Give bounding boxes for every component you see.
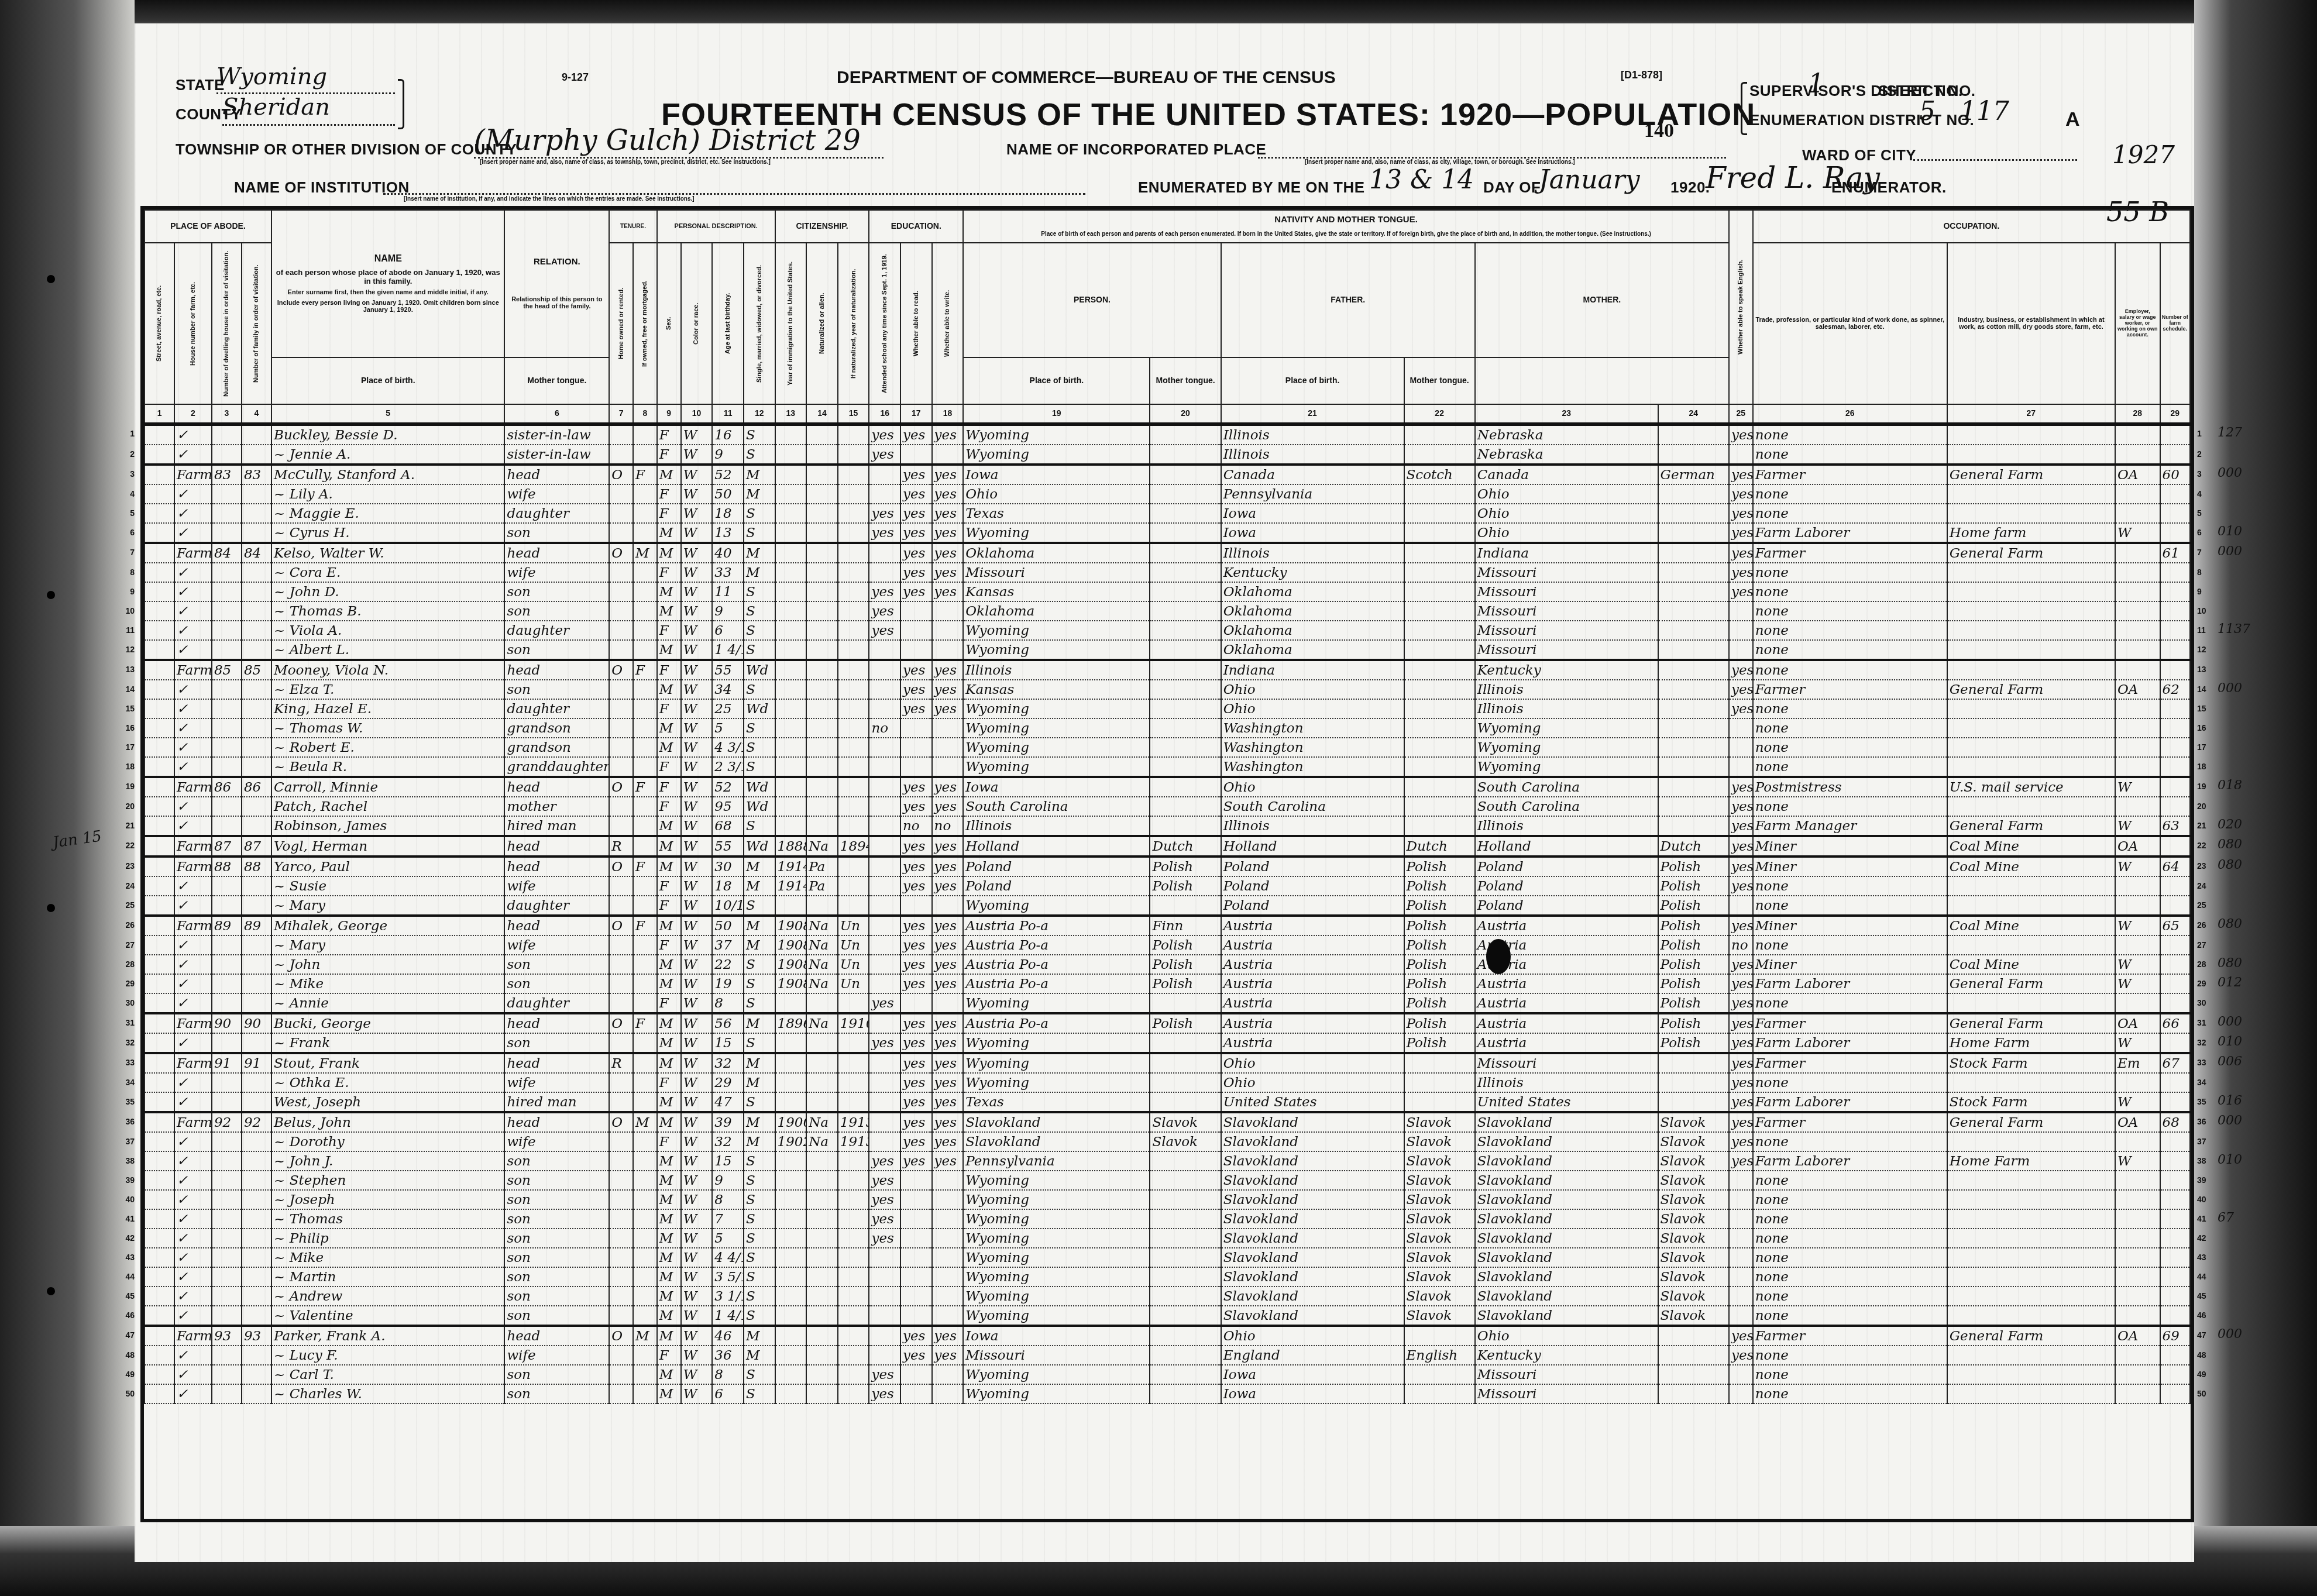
cell-street [145, 1092, 174, 1112]
cell-nat [806, 699, 838, 718]
cell-ms: S [744, 757, 775, 777]
cell-rel: son [504, 680, 609, 699]
cell-ind [1947, 601, 2115, 621]
cell-nat [806, 1171, 838, 1190]
mother-heading: MOTHER. [1475, 243, 1729, 357]
line-number: 3 [111, 469, 135, 479]
cell-pob: Wyoming [963, 1287, 1150, 1306]
cell-pob: Austria Po-a [963, 955, 1150, 974]
cell-fm: F [633, 777, 657, 797]
cell-fm: M [633, 1326, 657, 1346]
cell-natyr: Un [838, 916, 869, 935]
margin-code: 000 [2218, 1327, 2242, 1342]
cell-pob: Wyoming [963, 1073, 1150, 1092]
cell-fpob: Slavokland [1221, 1151, 1404, 1171]
cell-farm [2160, 1151, 2190, 1171]
cell-pob: Wyoming [963, 621, 1150, 640]
cell-house: Farm [174, 777, 212, 797]
col-number: 5 [271, 404, 504, 424]
cell-ind: Stock Farm [1947, 1092, 2115, 1112]
cell-pob: Austria Po-a [963, 916, 1150, 935]
cell-ind: Home farm [1947, 523, 2115, 543]
cell-fm [633, 484, 657, 504]
line-number-right: 5 [2197, 508, 2220, 518]
cell-dw: 87 [212, 836, 242, 857]
cell-name: ~ Susie [271, 876, 504, 896]
cell-mpob: Slavokland [1475, 1306, 1658, 1326]
group-nativity: NATIVITY AND MOTHER TONGUE. Place of bir… [963, 210, 1729, 243]
cell-fm [633, 582, 657, 601]
cell-street [145, 1033, 174, 1053]
cell-eng: yes [1729, 465, 1753, 484]
cell-fmt [1404, 1073, 1475, 1092]
cell-imm [775, 563, 807, 582]
cell-sch: yes [869, 523, 900, 543]
cell-pob: Wyoming [963, 1365, 1150, 1384]
line-number-right: 25 [2197, 900, 2220, 910]
cell-house: Farm [174, 1326, 212, 1346]
cell-trade: none [1753, 504, 1947, 523]
cell-farm [2160, 1287, 2190, 1306]
cell-mt [1150, 1151, 1221, 1171]
cell-mpob: Nebraska [1475, 445, 1658, 465]
cell-name: ~ Lily A. [271, 484, 504, 504]
cell-fm [633, 1248, 657, 1267]
cell-mmt [1658, 621, 1729, 640]
cell-house: ✓ [174, 621, 212, 640]
cell-name: ~ Elza T. [271, 680, 504, 699]
col-14-label: Naturalized or alien. [819, 245, 826, 403]
cell-fam [242, 680, 271, 699]
cell-mmt [1658, 504, 1729, 523]
cell-rel: son [504, 582, 609, 601]
cell-house: ✓ [174, 445, 212, 465]
cell-imm [775, 1326, 807, 1346]
month-value: January [1539, 165, 1640, 195]
cell-write: yes [932, 1151, 964, 1171]
cell-trade: Farmer [1753, 465, 1947, 484]
cell-rel: head [504, 1013, 609, 1033]
cell-read: yes [900, 797, 932, 816]
cell-house: ✓ [174, 816, 212, 836]
cell-imm [775, 757, 807, 777]
cell-street [145, 1326, 174, 1346]
line-number: 48 [111, 1350, 135, 1360]
line-number-right: 21 [2197, 821, 2220, 830]
cell-imm: 1908 [775, 916, 807, 935]
cell-own [609, 424, 633, 445]
cell-eng: yes [1729, 699, 1753, 718]
cell-age: 8 [712, 1190, 744, 1209]
cell-nat: Na [806, 974, 838, 993]
cell-street [145, 1073, 174, 1092]
cell-sch [869, 660, 900, 680]
cell-imm [775, 1092, 807, 1112]
cell-sch [869, 1248, 900, 1267]
cell-house: Farm [174, 1013, 212, 1033]
cell-eng: yes [1729, 504, 1753, 523]
cell-race: W [681, 1306, 713, 1326]
cell-eng [1729, 1306, 1753, 1326]
cell-fm [633, 1229, 657, 1248]
cell-name: ~ Frank [271, 1033, 504, 1053]
cell-rel: wife [504, 1073, 609, 1092]
cell-eng [1729, 640, 1753, 660]
cell-own [609, 738, 633, 757]
col-number: 7 [609, 404, 633, 424]
cell-mmt [1658, 718, 1729, 738]
cell-emp: OA [2115, 1013, 2160, 1033]
cell-age: 39 [712, 1112, 744, 1132]
cell-trade: none [1753, 1073, 1947, 1092]
cell-fmt: Slavok [1404, 1112, 1475, 1132]
cell-fpob: Slavokland [1221, 1209, 1404, 1229]
cell-race: W [681, 582, 713, 601]
line-number: 14 [111, 685, 135, 694]
cell-eng [1729, 1209, 1753, 1229]
cell-trade: Farmer [1753, 680, 1947, 699]
cell-rel: son [504, 601, 609, 621]
cell-name: Mihalek, George [271, 916, 504, 935]
cell-imm [775, 1287, 807, 1306]
cell-fpob: Washington [1221, 718, 1404, 738]
cell-fm [633, 1033, 657, 1053]
cell-sch [869, 1013, 900, 1033]
cell-farm [2160, 699, 2190, 718]
cell-read: yes [900, 523, 932, 543]
cell-imm [775, 1248, 807, 1267]
cell-name: Buckley, Bessie D. [271, 424, 504, 445]
cell-fm [633, 621, 657, 640]
cell-fmt [1404, 797, 1475, 816]
cell-read [900, 757, 932, 777]
cell-sch: yes [869, 993, 900, 1013]
cell-fm [633, 523, 657, 543]
cell-read: yes [900, 699, 932, 718]
cell-fam [242, 1346, 271, 1365]
cell-read: yes [900, 857, 932, 876]
cell-race: W [681, 935, 713, 955]
cell-age: 13 [712, 523, 744, 543]
cell-fm [633, 718, 657, 738]
cell-house: ✓ [174, 484, 212, 504]
cell-fmt [1404, 1384, 1475, 1404]
cell-street [145, 1171, 174, 1190]
cell-fm [633, 896, 657, 916]
cell-fmt: Slavok [1404, 1306, 1475, 1326]
cell-own [609, 1306, 633, 1326]
cell-pob: Poland [963, 857, 1150, 876]
cell-fm [633, 1132, 657, 1151]
col-21-header: Place of birth. [963, 357, 1150, 404]
form-number: 9-127 [562, 71, 589, 84]
cell-mmt: Polish [1658, 896, 1729, 916]
cell-eng [1729, 445, 1753, 465]
cell-dw [212, 1384, 242, 1404]
cell-read [900, 1190, 932, 1209]
line-number: 7 [111, 548, 135, 557]
cell-name: ~ Beula R. [271, 757, 504, 777]
cell-mmt: Slavok [1658, 1248, 1729, 1267]
cell-ms: S [744, 738, 775, 757]
cell-ind [1947, 1171, 2115, 1190]
cell-ms: S [744, 1306, 775, 1326]
cell-race: W [681, 1248, 713, 1267]
cell-ind: General Farm [1947, 816, 2115, 836]
cell-trade: none [1753, 1248, 1947, 1267]
cell-pob: Slavokland [963, 1112, 1150, 1132]
cell-imm [775, 680, 807, 699]
cell-ms: M [744, 1112, 775, 1132]
cell-name: ~ Charles W. [271, 1384, 504, 1404]
cell-house: ✓ [174, 1171, 212, 1190]
group-name: NAME of each person whose place of abode… [271, 210, 504, 357]
cell-own [609, 1346, 633, 1365]
cell-nat [806, 1033, 838, 1053]
cell-pob: Wyoming [963, 1267, 1150, 1287]
cell-farm [2160, 777, 2190, 797]
cell-ms: S [744, 896, 775, 916]
line-number: 11 [111, 625, 135, 635]
cell-fpob: Austria [1221, 935, 1404, 955]
cell-eng [1729, 1365, 1753, 1384]
cell-imm [775, 1267, 807, 1287]
cell-fmt: Slavok [1404, 1132, 1475, 1151]
line-number: 41 [111, 1214, 135, 1223]
line-number: 43 [111, 1253, 135, 1262]
cell-street [145, 680, 174, 699]
cell-mmt [1658, 777, 1729, 797]
cell-fmt [1404, 777, 1475, 797]
cell-ind [1947, 1190, 2115, 1209]
cell-sex: M [657, 1013, 681, 1033]
cell-trade: none [1753, 660, 1947, 680]
cell-nat [806, 621, 838, 640]
cell-mt [1150, 640, 1221, 660]
cell-write [932, 445, 964, 465]
cell-imm [775, 1346, 807, 1365]
cell-fmt: Polish [1404, 876, 1475, 896]
col-13-header: Year of immigration to the United States… [775, 243, 807, 404]
cell-mt: Slavok [1150, 1112, 1221, 1132]
cell-mmt: Slavok [1658, 1132, 1729, 1151]
cell-nat: Na [806, 916, 838, 935]
cell-eng [1729, 1190, 1753, 1209]
cell-rel: head [504, 777, 609, 797]
cell-dw [212, 718, 242, 738]
cell-sch [869, 484, 900, 504]
cell-trade: none [1753, 1287, 1947, 1306]
cell-ind [1947, 424, 2115, 445]
table-row: Farm8888Yarco, PaulheadOFMW30M1914Payesy… [145, 857, 2190, 876]
line-number-right: 41 [2197, 1214, 2220, 1223]
cell-mmt: Slavok [1658, 1306, 1729, 1326]
cell-fpob: Illinois [1221, 424, 1404, 445]
line-number: 26 [111, 920, 135, 930]
cell-race: W [681, 445, 713, 465]
cell-farm [2160, 1384, 2190, 1404]
line-number-right: 18 [2197, 762, 2220, 771]
cell-eng: yes [1729, 1013, 1753, 1033]
cell-farm [2160, 955, 2190, 974]
cell-mt: Polish [1150, 935, 1221, 955]
cell-sex: F [657, 757, 681, 777]
line-number: 27 [111, 940, 135, 950]
cell-farm: 69 [2160, 1326, 2190, 1346]
cell-race: W [681, 1384, 713, 1404]
cell-eng: yes [1729, 1326, 1753, 1346]
cell-own: O [609, 660, 633, 680]
cell-imm [775, 504, 807, 523]
cell-own [609, 1267, 633, 1287]
cell-rel: daughter [504, 993, 609, 1013]
cell-trade: none [1753, 1365, 1947, 1384]
cell-imm [775, 484, 807, 504]
col-2-label: House number or farm, etc. [190, 245, 197, 403]
cell-race: W [681, 660, 713, 680]
line-number: 37 [111, 1137, 135, 1146]
line-number-right: 26 [2197, 920, 2220, 930]
cell-fm [633, 876, 657, 896]
cell-age: 6 [712, 621, 744, 640]
cell-read: yes [900, 680, 932, 699]
cell-ms: M [744, 1053, 775, 1073]
cell-ind [1947, 1306, 2115, 1326]
cell-pob: Wyoming [963, 1033, 1150, 1053]
cell-fmt: Dutch [1404, 836, 1475, 857]
cell-mt [1150, 1229, 1221, 1248]
cell-house: ✓ [174, 504, 212, 523]
margin-code: 010 [2218, 1153, 2242, 1167]
cell-mmt [1658, 1384, 1729, 1404]
cell-fpob: Ohio [1221, 777, 1404, 797]
col-20-header: Mother tongue. [504, 357, 609, 404]
cell-ind: Coal Mine [1947, 916, 2115, 935]
cell-eng: yes [1729, 543, 1753, 563]
cell-read: yes [900, 777, 932, 797]
cell-natyr [838, 1267, 869, 1287]
line-number: 40 [111, 1195, 135, 1204]
cell-rel: son [504, 1287, 609, 1306]
cell-age: 8 [712, 993, 744, 1013]
cell-fmt [1404, 445, 1475, 465]
table-row: ✓~ ThomassonMW7SyesWyomingSlavoklandSlav… [145, 1209, 2190, 1229]
cell-age: 50 [712, 916, 744, 935]
cell-trade: none [1753, 718, 1947, 738]
cell-mmt: Polish [1658, 993, 1729, 1013]
cell-ms: M [744, 857, 775, 876]
line-number-right: 6 [2197, 528, 2220, 537]
cell-write: yes [932, 916, 964, 935]
cell-rel: son [504, 523, 609, 543]
cell-fam [242, 424, 271, 445]
cell-street [145, 993, 174, 1013]
cell-fpob: Illinois [1221, 543, 1404, 563]
cell-house: ✓ [174, 935, 212, 955]
cell-house: ✓ [174, 563, 212, 582]
table-row: Farm9090Bucki, GeorgeheadOFMW56M1896Na19… [145, 1013, 2190, 1033]
cell-nat [806, 1248, 838, 1267]
cell-read: yes [900, 504, 932, 523]
cell-rel: head [504, 1053, 609, 1073]
cell-house: ✓ [174, 680, 212, 699]
table-row: Farm9292Belus, JohnheadOMMW39M1900Na1913… [145, 1112, 2190, 1132]
cell-age: 10/12 [712, 896, 744, 916]
cell-fam [242, 445, 271, 465]
cell-race: W [681, 1013, 713, 1033]
cell-write [932, 1267, 964, 1287]
cell-age: 18 [712, 504, 744, 523]
cell-dw: 93 [212, 1326, 242, 1346]
cell-house: ✓ [174, 993, 212, 1013]
col-number: 27 [1947, 404, 2115, 424]
cell-own [609, 876, 633, 896]
cell-dw [212, 1229, 242, 1248]
cell-trade: none [1753, 993, 1947, 1013]
cell-mt [1150, 1053, 1221, 1073]
cell-natyr: Un [838, 974, 869, 993]
father-heading: FATHER. [1221, 243, 1475, 357]
cell-race: W [681, 621, 713, 640]
cell-eng: yes [1729, 680, 1753, 699]
cell-farm [2160, 621, 2190, 640]
cell-name: McCully, Stanford A. [271, 465, 504, 484]
cell-age: 32 [712, 1132, 744, 1151]
cell-fpob: Holland [1221, 836, 1404, 857]
cell-sex: F [657, 896, 681, 916]
cell-dw [212, 1287, 242, 1306]
cell-sch: yes [869, 1209, 900, 1229]
punch-hole [47, 275, 55, 283]
cell-mpob: Missouri [1475, 582, 1658, 601]
cell-fmt [1404, 699, 1475, 718]
cell-name: ~ Viola A. [271, 621, 504, 640]
cell-emp [2115, 504, 2160, 523]
cell-name: ~ John [271, 955, 504, 974]
cell-emp [2115, 1287, 2160, 1306]
cell-sex: M [657, 582, 681, 601]
cell-emp: OA [2115, 836, 2160, 857]
cell-imm [775, 1209, 807, 1229]
cell-write: yes [932, 1013, 964, 1033]
cell-ms: S [744, 680, 775, 699]
cell-mt [1150, 543, 1221, 563]
cell-age: 4 4/12 [712, 1248, 744, 1267]
cell-imm [775, 621, 807, 640]
cell-own [609, 445, 633, 465]
cell-age: 55 [712, 836, 744, 857]
cell-rel: wife [504, 1346, 609, 1365]
cell-natyr [838, 543, 869, 563]
cell-fpob: Illinois [1221, 445, 1404, 465]
cell-mmt [1658, 1092, 1729, 1112]
col-number: 9 [657, 404, 681, 424]
cell-imm [775, 1033, 807, 1053]
cell-rel: son [504, 955, 609, 974]
cell-fpob: Slavokland [1221, 1306, 1404, 1326]
cell-sex: F [657, 621, 681, 640]
cell-write: yes [932, 955, 964, 974]
cell-race: W [681, 424, 713, 445]
cell-mt: Polish [1150, 1013, 1221, 1033]
col-number: 8 [633, 404, 657, 424]
cell-fam [242, 1384, 271, 1404]
cell-emp [2115, 1306, 2160, 1326]
cell-name: Carroll, Minnie [271, 777, 504, 797]
cell-fmt: Slavok [1404, 1287, 1475, 1306]
cell-sex: M [657, 974, 681, 993]
cell-sch: yes [869, 504, 900, 523]
